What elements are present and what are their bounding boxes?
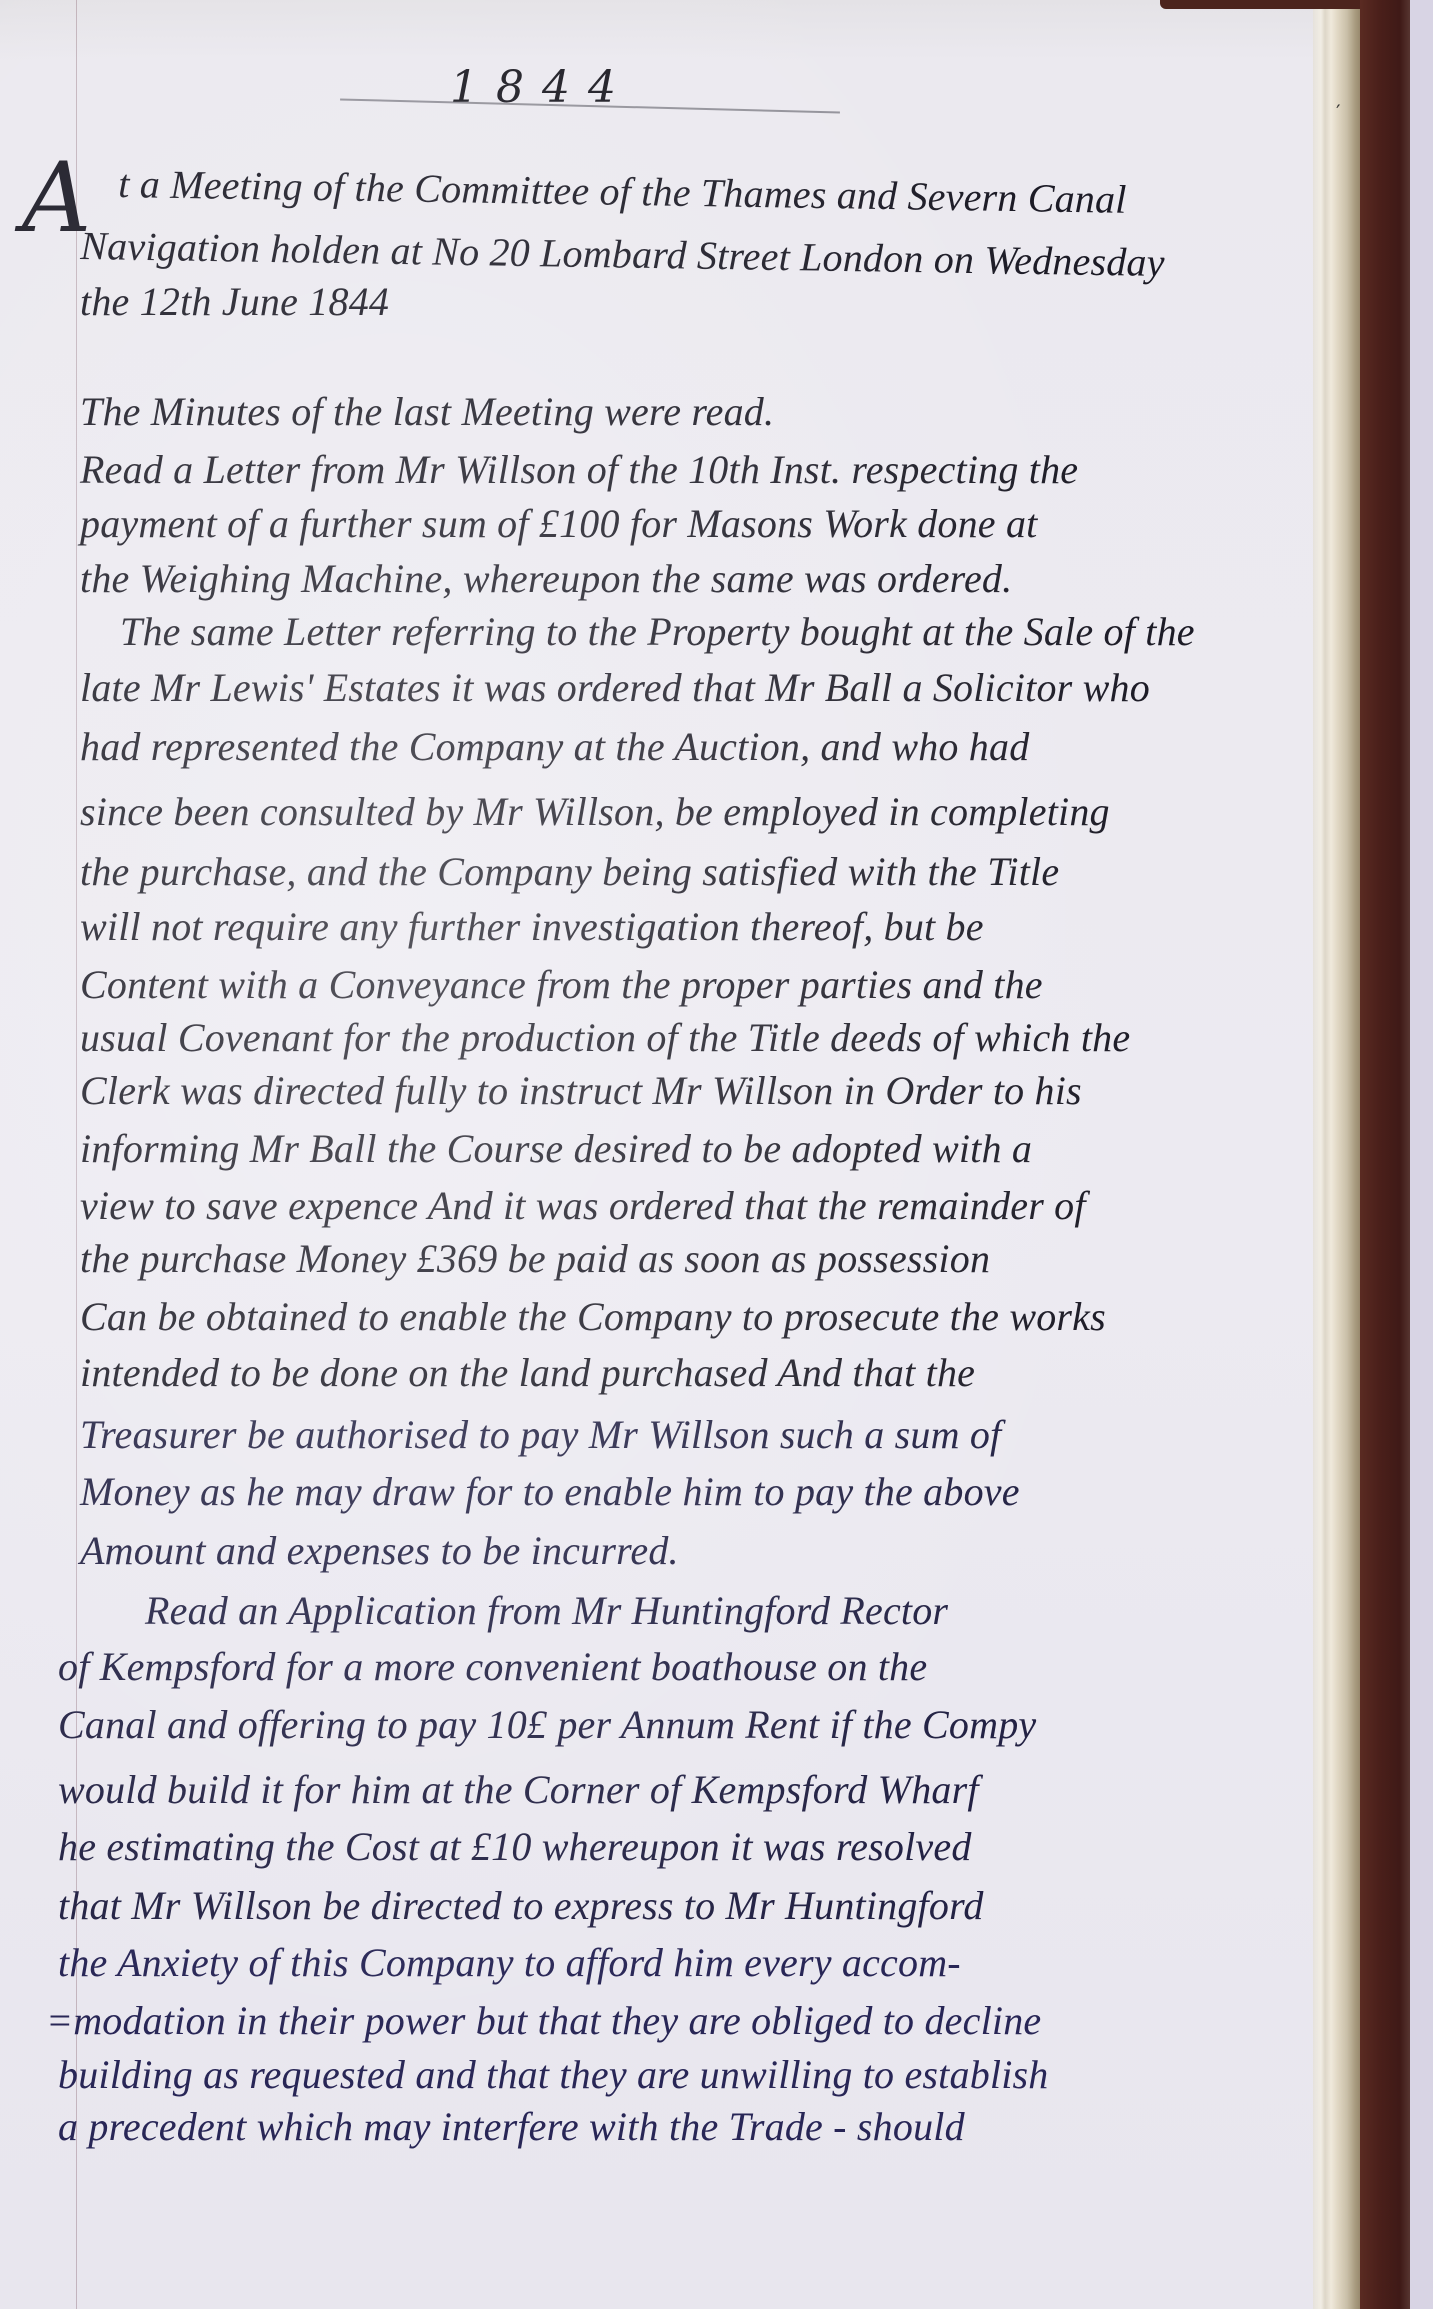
body-line: Can be obtained to enable the Company to… [80,1293,1310,1341]
body-line: Read an Application from Mr Huntingford … [145,1587,1375,1635]
body-line: Read a Letter from Mr Willson of the 10t… [80,446,1310,494]
body-line: Money as he may draw for to enable him t… [80,1468,1310,1516]
body-line: The same Letter referring to the Propert… [120,608,1350,656]
body-line: the Weighing Machine, whereupon the same… [80,555,1310,603]
ledger-page: 1844 A t a Meeting of the Committee of t… [0,0,1316,2309]
body-line: the Anxiety of this Company to afford hi… [58,1939,1288,1987]
body-line: Canal and offering to pay 10£ per Annum … [58,1701,1288,1749]
body-line: payment of a further sum of £100 for Mas… [80,500,1310,548]
body-line: the purchase Money £369 be paid as soon … [80,1235,1310,1283]
body-line: he estimating the Cost at £10 whereupon … [58,1823,1288,1871]
body-line: view to save expence And it was ordered … [80,1182,1310,1230]
book-cover-spine [1360,0,1412,2309]
body-line: Treasurer be authorised to pay Mr Willso… [80,1411,1310,1459]
header-line: t a Meeting of the Committee of the Tham… [118,160,1349,227]
year-heading: 1844 [450,62,634,113]
body-line: usual Covenant for the production of the… [80,1014,1310,1062]
body-line: will not require any further investigati… [80,903,1310,951]
body-line: would build it for him at the Corner of … [58,1766,1288,1814]
body-line: the purchase, and the Company being sati… [80,848,1310,896]
body-line: since been consulted by Mr Willson, be e… [80,788,1310,836]
body-line: intended to be done on the land purchase… [80,1349,1310,1397]
body-line: =modation in their power but that they a… [46,1997,1276,2045]
body-line: Content with a Conveyance from the prope… [80,961,1310,1009]
body-line: had represented the Company at the Aucti… [80,723,1310,771]
body-line: late Mr Lewis' Estates it was ordered th… [80,664,1310,712]
body-line: building as requested and that they are … [58,2051,1288,2099]
body-line: that Mr Willson be directed to express t… [58,1882,1288,1930]
body-line: informing Mr Ball the Course desired to … [80,1125,1310,1173]
page-edge-mark: ′ [1336,100,1341,124]
background-surface [1410,0,1433,2309]
header-line: the 12th June 1844 [80,278,1310,326]
body-line: of Kempsford for a more convenient boath… [58,1643,1288,1691]
body-line: The Minutes of the last Meeting were rea… [80,388,1310,436]
page-stack-edges [1313,8,1363,2309]
body-line: a precedent which may interfere with the… [58,2103,1288,2151]
body-line: Amount and expenses to be incurred. [80,1527,1310,1575]
body-line: Clerk was directed fully to instruct Mr … [80,1067,1310,1115]
